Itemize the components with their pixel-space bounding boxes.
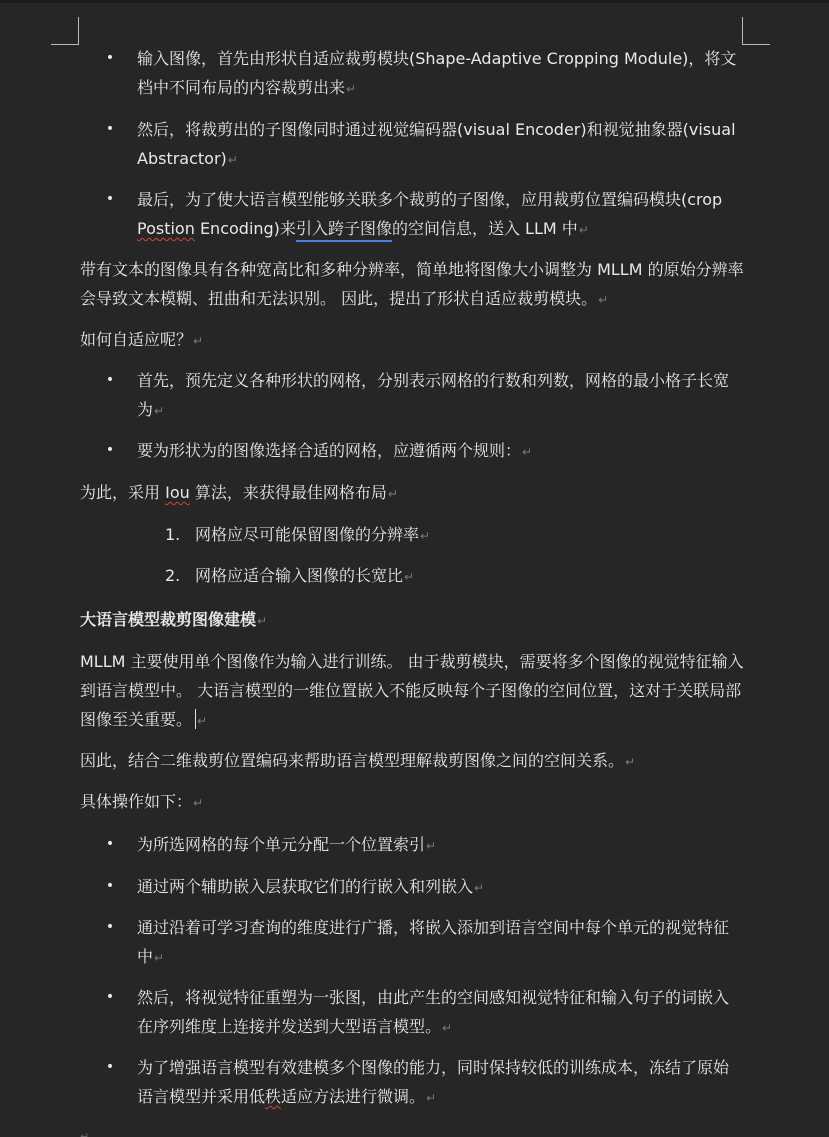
paragraph-mark-icon: ↵ bbox=[257, 614, 267, 628]
list-item-text: 首先，预先定义各种形状的网格，分别表示网格的行数和列数，网格的最小格子长宽为 bbox=[137, 371, 729, 419]
list-item-text: 适应方法进行微调。 bbox=[281, 1087, 425, 1106]
text-cursor bbox=[195, 709, 196, 729]
paragraph-steps[interactable]: 具体操作如下：↵ bbox=[80, 787, 744, 818]
bullet-icon: • bbox=[105, 983, 115, 1012]
paragraph-mark-icon: ↵ bbox=[474, 881, 484, 895]
list-item[interactable]: • 通过两个辅助嵌入层获取它们的行嵌入和列嵌入↵ bbox=[137, 872, 741, 903]
paragraph-text: 带有文本的图像具有各种宽高比和多种分辨率，简单地将图像大小调整为 MLLM 的原… bbox=[80, 260, 744, 308]
list-item-text: 输入图像，首先由形状自适应裁剪模块(Shape-Adaptive Croppin… bbox=[137, 49, 736, 97]
margin-corner-mark-left bbox=[51, 17, 79, 45]
spelling-error-word[interactable]: 秩 bbox=[265, 1087, 281, 1106]
list-item-text: 最后，为了使大语言模型能够关联多个裁剪的子图像，应用裁剪位置编码模块(crop bbox=[137, 190, 722, 209]
paragraph-text: 具体操作如下： bbox=[80, 792, 192, 811]
paragraph-resolution[interactable]: 带有文本的图像具有各种宽高比和多种分辨率，简单地将图像大小调整为 MLLM 的原… bbox=[80, 255, 744, 315]
section-heading[interactable]: 大语言模型裁剪图像建模↵ bbox=[80, 605, 744, 636]
paragraph-mllm[interactable]: MLLM 主要使用单个图像作为输入进行训练。 由于裁剪模块，需要将多个图像的视觉… bbox=[80, 647, 744, 736]
window-top-edge bbox=[0, 0, 829, 3]
bullet-icon: • bbox=[105, 1053, 115, 1082]
list-item[interactable]: • 首先，预先定义各种形状的网格，分别表示网格的行数和列数，网格的最小格子长宽为… bbox=[137, 366, 741, 426]
bullet-icon: • bbox=[105, 115, 115, 144]
paragraph-mark-icon: ↵ bbox=[625, 755, 635, 769]
numbered-item-text: 网格应适合输入图像的长宽比 bbox=[195, 566, 403, 585]
paragraph-iou[interactable]: 为此，采用 Iou 算法，来获得最佳网格布局↵ bbox=[80, 478, 744, 509]
heading-text: 大语言模型裁剪图像建模 bbox=[80, 610, 256, 629]
paragraph-mark-icon: ↵ bbox=[522, 445, 532, 459]
list-item-text: 然后，将裁剪出的子图像同时通过视觉编码器(visual Encoder)和视觉抽… bbox=[137, 120, 736, 168]
list-item[interactable]: • 通过沿着可学习查询的维度进行广播，将嵌入添加到语言空间中每个单元的视觉特征中… bbox=[137, 913, 741, 973]
bullet-icon: • bbox=[105, 366, 115, 395]
paragraph-mark-icon: ↵ bbox=[228, 153, 238, 167]
paragraph-text: 如何自适应呢？ bbox=[80, 330, 192, 349]
margin-corner-mark-right bbox=[742, 17, 770, 45]
paragraph-mark-icon: ↵ bbox=[426, 839, 436, 853]
paragraph-mark-icon: ↵ bbox=[154, 404, 164, 418]
numbered-item-text: 网格应尽可能保留图像的分辨率 bbox=[195, 525, 419, 544]
paragraph-mark-icon: ↵ bbox=[388, 487, 398, 501]
list-item-text: Encoding)来 bbox=[195, 219, 296, 238]
bullet-icon: • bbox=[105, 872, 115, 901]
list-item-text: 为所选网格的每个单元分配一个位置索引 bbox=[137, 835, 425, 854]
bullet-icon: • bbox=[105, 913, 115, 942]
list-item-text: 通过两个辅助嵌入层获取它们的行嵌入和列嵌入 bbox=[137, 877, 473, 896]
paragraph-therefore[interactable]: 因此，结合二维裁剪位置编码来帮助语言模型理解裁剪图像之间的空间关系。↵ bbox=[80, 746, 744, 777]
paragraph-mark-icon: ↵ bbox=[197, 714, 207, 728]
bullet-icon: • bbox=[105, 436, 115, 465]
grammar-flagged-phrase[interactable]: 引入跨子图像 bbox=[296, 218, 392, 242]
paragraph-mark-icon: ↵ bbox=[154, 951, 164, 965]
list-item-text: 要为形状为的图像选择合适的网格，应遵循两个规则： bbox=[137, 441, 521, 460]
list-number: 1. bbox=[165, 520, 180, 549]
list-item-text: 的空间信息，送入 LLM 中 bbox=[392, 219, 578, 238]
paragraph-text: MLLM 主要使用单个图像作为输入进行训练。 由于裁剪模块，需要将多个图像的视觉… bbox=[80, 652, 744, 729]
bullet-icon: • bbox=[105, 185, 115, 214]
spelling-error-word[interactable]: Postion bbox=[137, 219, 195, 238]
list-item[interactable]: • 为了增强语言模型有效建模多个图像的能力，同时保持较低的训练成本，冻结了原始语… bbox=[137, 1053, 741, 1113]
paragraph-mark-icon: ↵ bbox=[442, 1021, 452, 1035]
spelling-error-word[interactable]: Iou bbox=[165, 483, 190, 502]
list-item[interactable]: • 然后，将裁剪出的子图像同时通过视觉编码器(visual Encoder)和视… bbox=[137, 115, 741, 175]
bullet-icon: • bbox=[105, 830, 115, 859]
list-item[interactable]: • 然后，将视觉特征重塑为一张图，由此产生的空间感知视觉特征和输入句子的词嵌入在… bbox=[137, 983, 741, 1043]
list-item-text: 然后，将视觉特征重塑为一张图，由此产生的空间感知视觉特征和输入句子的词嵌入在序列… bbox=[137, 988, 729, 1036]
numbered-item[interactable]: 1. 网格应尽可能保留图像的分辨率↵ bbox=[195, 520, 735, 551]
list-item[interactable]: • 为所选网格的每个单元分配一个位置索引↵ bbox=[137, 830, 741, 861]
paragraph-mark-icon: ↵ bbox=[598, 293, 608, 307]
numbered-item[interactable]: 2. 网格应适合输入图像的长宽比↵ bbox=[195, 561, 735, 592]
paragraph-text: 因此，结合二维裁剪位置编码来帮助语言模型理解裁剪图像之间的空间关系。 bbox=[80, 751, 624, 770]
paragraph-mark-icon: ↵ bbox=[579, 223, 589, 237]
list-number: 2. bbox=[165, 561, 180, 590]
paragraph-mark-icon: ↵ bbox=[80, 1130, 89, 1137]
paragraph-text: 为此，采用 bbox=[80, 483, 165, 502]
paragraph-mark-icon: ↵ bbox=[404, 570, 414, 584]
paragraph-mark-icon: ↵ bbox=[426, 1091, 436, 1105]
paragraph-text: 算法，来获得最佳网格布局 bbox=[190, 483, 387, 502]
paragraph-mark-icon: ↵ bbox=[193, 334, 203, 348]
paragraph-mark-icon: ↵ bbox=[346, 82, 356, 96]
list-item-text: 通过沿着可学习查询的维度进行广播，将嵌入添加到语言空间中每个单元的视觉特征中 bbox=[137, 918, 729, 966]
list-item[interactable]: • 最后，为了使大语言模型能够关联多个裁剪的子图像，应用裁剪位置编码模块(cro… bbox=[137, 185, 741, 245]
paragraph-mark-icon: ↵ bbox=[193, 796, 203, 810]
paragraph-how[interactable]: 如何自适应呢？↵ bbox=[80, 325, 744, 356]
list-item[interactable]: • 输入图像，首先由形状自适应裁剪模块(Shape-Adaptive Cropp… bbox=[137, 44, 741, 104]
bullet-icon: • bbox=[105, 44, 115, 73]
list-item[interactable]: • 要为形状为的图像选择合适的网格，应遵循两个规则：↵ bbox=[137, 436, 741, 467]
paragraph-mark-icon: ↵ bbox=[420, 529, 430, 543]
